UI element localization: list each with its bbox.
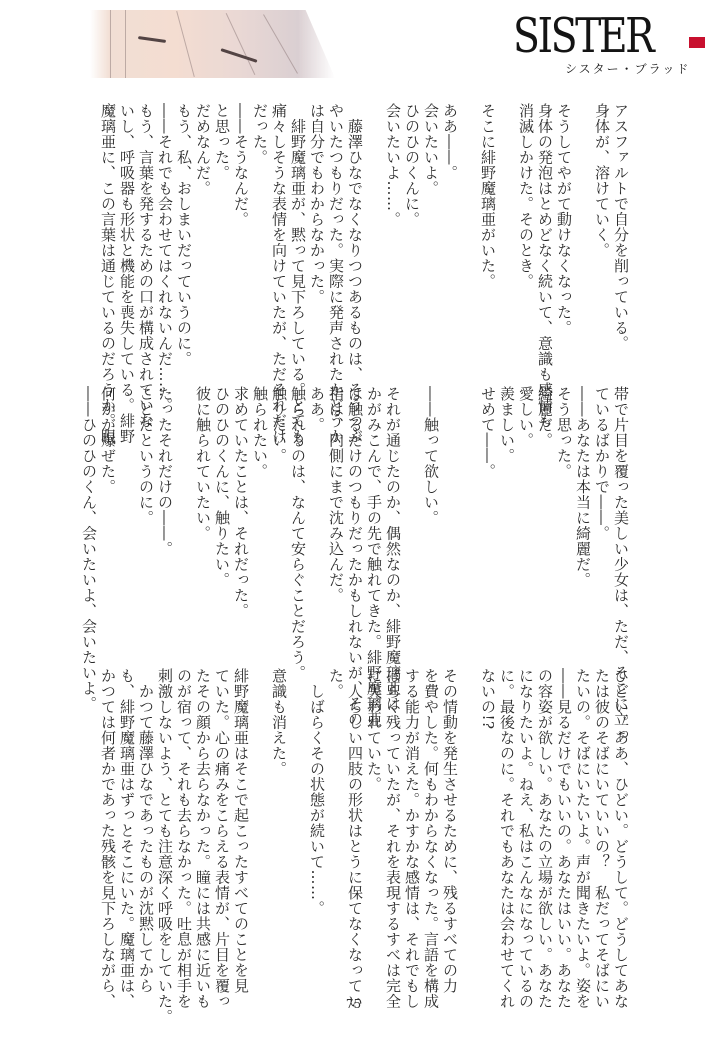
text-column: ないの!?: [478, 668, 497, 1025]
text-column: を費やした。何もわからなくなった。言語を構成: [421, 668, 440, 1025]
text-column: に。最後なのに。それでもあなたは会わせてくれ: [497, 668, 516, 1025]
page-number: 75: [0, 997, 707, 1011]
text-column: たその顔から去らなかった。瞳には共感に近いも: [193, 668, 212, 1025]
text-column: する能力が消えた。かすかな感情は、それでもし: [402, 668, 421, 1025]
text-tier-bottom: ひどい。ああ、ひどい。どうして。どうしてあなたは彼のそばにいていいの？ 私だって…: [70, 668, 630, 1025]
text-column: かつて藤澤ひなであったものが沈黙してから: [136, 668, 155, 1025]
text-column: 緋野魔璃亜はそこで起こったすべてのことを見: [231, 668, 250, 1025]
hair-strand: [110, 10, 111, 78]
text-column: ――見るだけでもいいの。あなたはいい。あなた: [554, 668, 573, 1025]
text-column: に失われていた。: [364, 668, 383, 1025]
text-column: 人らしい四肢の形状はとうに保てなくなってい: [345, 668, 364, 1025]
text-column: かつては何者かであった残骸を見下ろしながら、: [98, 668, 117, 1025]
hair-strand: [226, 13, 256, 75]
text-column: しばらくその状態が続いて……。: [307, 668, 326, 1025]
text-column: たいの。そばにいたいよ。声が聞きたいよ。姿を: [573, 668, 592, 1025]
text-column: のが宿って、それも去らなかった。吐息が相手を: [174, 668, 193, 1025]
text-column: その情動を発生させるために、残るすべての力: [440, 668, 459, 1025]
text-column: ていた。心の痛みをこらえる表情が、片目を覆っ: [212, 668, 231, 1025]
text-column: ばらく残っていたが、それを表現するすべは完全: [383, 668, 402, 1025]
eyelash: [138, 36, 166, 43]
text-column: の容姿が欲しい。あなたの立場が欲しい。あなた: [535, 668, 554, 1025]
text-column: 意識も消えた。: [269, 668, 288, 1025]
hair-strand: [125, 10, 126, 78]
hair-strand: [263, 14, 298, 73]
eyelash: [220, 48, 257, 63]
hair-strand: [176, 11, 195, 77]
blank-line: [250, 668, 269, 1025]
logo-accent-bar: [689, 37, 705, 48]
text-column: 刺激しないよう、とても注意深く呼吸をしていた。: [155, 668, 174, 1025]
logo-subtitle: シスター・ブラッド: [565, 60, 690, 77]
header-illustration: [90, 10, 335, 78]
text-column: ひどい。ああ、ひどい。どうして。どうしてあな: [611, 668, 630, 1025]
text-column: た。: [326, 668, 345, 1025]
text-column: になりたいよ。ねえ、私はこんなになっているの: [516, 668, 535, 1025]
series-logo: SISTER シスター・ブラッド: [505, 12, 705, 72]
logo-title: SISTER: [513, 12, 652, 60]
text-column: も、緋野魔璃亜はずっとそこにいた。魔璃亜は、: [117, 668, 136, 1025]
blank-line: [288, 668, 307, 1025]
blank-line: [459, 668, 478, 1025]
text-column: たは彼のそばにいていいの？ 私だってそばにい: [592, 668, 611, 1025]
